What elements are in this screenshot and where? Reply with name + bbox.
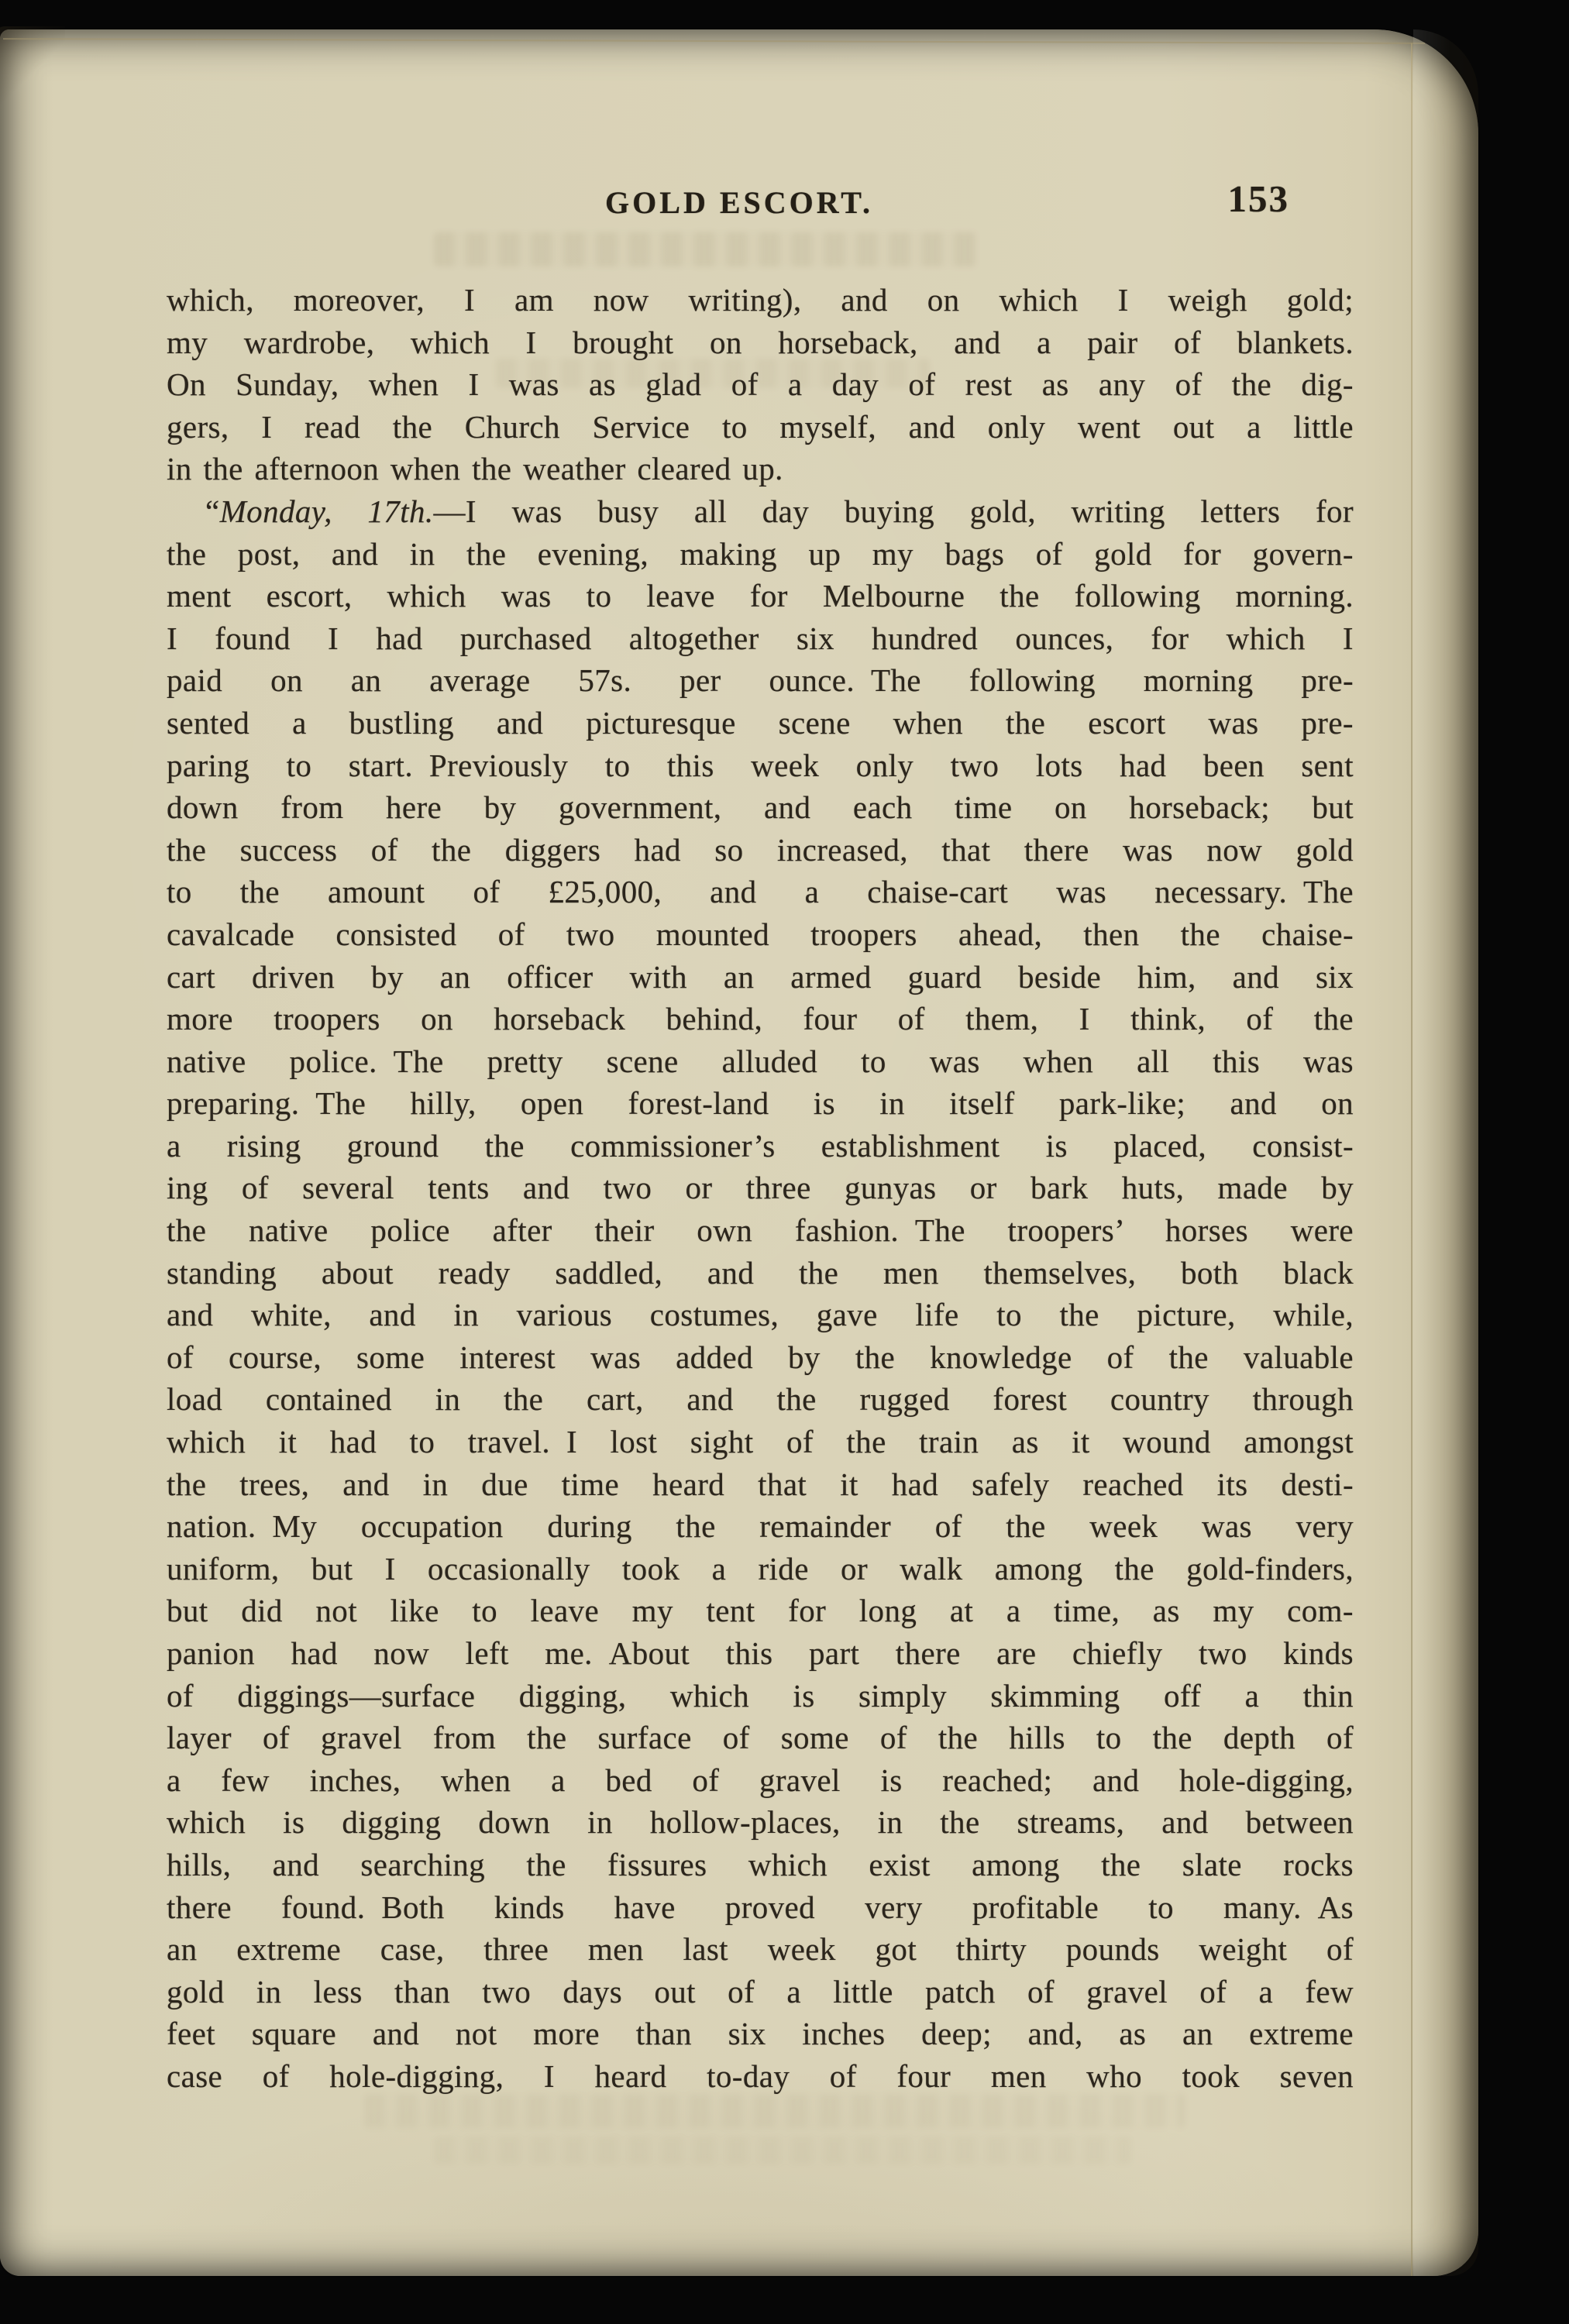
body-line: to the amount of £25,000, and a chaise-c… [167, 871, 1354, 913]
body-line: layer of gravel from the surface of some… [167, 1717, 1354, 1759]
body-line: there found. Both kinds have proved very… [167, 1886, 1354, 1929]
page-edge-shading [1413, 29, 1478, 2276]
body-line: paring to start. Previously to this week… [167, 744, 1354, 787]
under-page-edge [3, 38, 1425, 44]
body-line: gers, I read the Church Service to mysel… [167, 406, 1354, 449]
page-crease [1411, 43, 1412, 2276]
book-page: GOLD ESCORT. 153 which, moreover, I am n… [0, 29, 1478, 2276]
body-line: which it had to travel. I lost sight of … [167, 1421, 1354, 1463]
body-line: of course, some interest was added by th… [167, 1336, 1354, 1379]
body-line: standing about ready saddled, and the me… [167, 1252, 1354, 1294]
body-line: nation. My occupation during the remaind… [167, 1505, 1354, 1548]
body-line: the post, and in the evening, making up … [167, 533, 1354, 576]
body-line: the native police after their own fashio… [167, 1209, 1354, 1252]
body-line: cavalcade consisted of two mounted troop… [167, 913, 1354, 956]
body-line: On Sunday, when I was as glad of a day o… [167, 363, 1354, 406]
show-through-ghost [434, 2137, 1131, 2164]
body-line: my wardrobe, which I brought on horsebac… [167, 321, 1354, 364]
scan-background: GOLD ESCORT. 153 which, moreover, I am n… [0, 0, 1569, 2324]
body-line: the success of the diggers had so increa… [167, 829, 1354, 871]
body-line: a rising ground the commissioner’s estab… [167, 1125, 1354, 1167]
body-line: ing of several tents and two or three gu… [167, 1167, 1354, 1209]
body-line: feet square and not more than six inches… [167, 2013, 1354, 2055]
body-line: and white, and in various costumes, gave… [167, 1294, 1354, 1336]
body-line: the trees, and in due time heard that it… [167, 1463, 1354, 1506]
body-text: which, moreover, I am now writing), and … [167, 279, 1354, 2098]
body-line: an extreme case, three men last week got… [167, 1928, 1354, 1971]
body-line: down from here by government, and each t… [167, 786, 1354, 829]
body-line: more troopers on horseback behind, four … [167, 998, 1354, 1040]
body-line: I found I had purchased altogether six h… [167, 617, 1354, 660]
body-line: hills, and searching the fissures which … [167, 1844, 1354, 1886]
show-through-ghost [434, 232, 976, 266]
body-line: in the afternoon when the weather cleare… [167, 448, 1354, 490]
body-line: panion had now left me. About this part … [167, 1632, 1354, 1675]
page-number: 153 [1228, 177, 1290, 221]
body-line: preparing. The hilly, open forest-land i… [167, 1082, 1354, 1125]
body-line-segment: “ [205, 493, 220, 529]
body-line: paid on an average 57s. per ounce. The f… [167, 659, 1354, 702]
body-line: but did not like to leave my tent for lo… [167, 1590, 1354, 1632]
body-line: which is digging down in hollow-places, … [167, 1801, 1354, 1844]
body-line: load contained in the cart, and the rugg… [167, 1378, 1354, 1421]
body-line: uniform, but I occasionally took a ride … [167, 1548, 1354, 1590]
body-line: of diggings—surface digging, which is si… [167, 1675, 1354, 1717]
body-line-segment: —I was busy all day buying gold, writing… [434, 493, 1354, 529]
body-line: case of hole-digging, I heard to-day of … [167, 2055, 1354, 2098]
show-through-ghost [364, 2094, 1185, 2128]
body-line: a few inches, when a bed of gravel is re… [167, 1759, 1354, 1802]
body-line: cart driven by an officer with an armed … [167, 956, 1354, 999]
body-line: gold in less than two days out of a litt… [167, 1971, 1354, 2013]
body-line: which, moreover, I am now writing), and … [167, 279, 1354, 321]
body-line: native police. The pretty scene alluded … [167, 1040, 1354, 1083]
body-line: “Monday, 17th.—I was busy all day buying… [167, 490, 1354, 533]
body-line: sented a bustling and picturesque scene … [167, 702, 1354, 744]
body-line-italic-segment: Monday, 17th. [220, 493, 434, 529]
body-line: ment escort, which was to leave for Melb… [167, 575, 1354, 617]
